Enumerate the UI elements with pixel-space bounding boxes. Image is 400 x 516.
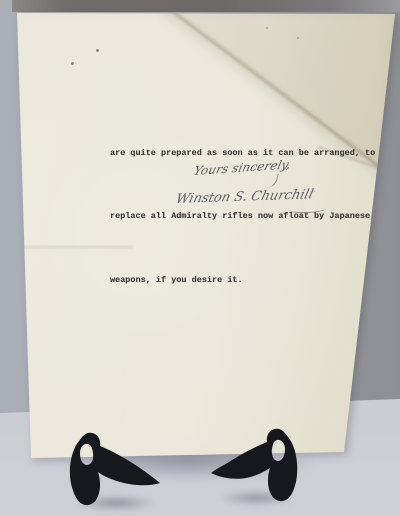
easel-foot-left <box>70 433 160 505</box>
scene: are quite prepared as soon as it can be … <box>0 0 400 516</box>
easel-foot-right <box>211 429 297 501</box>
display-easel <box>0 0 400 516</box>
